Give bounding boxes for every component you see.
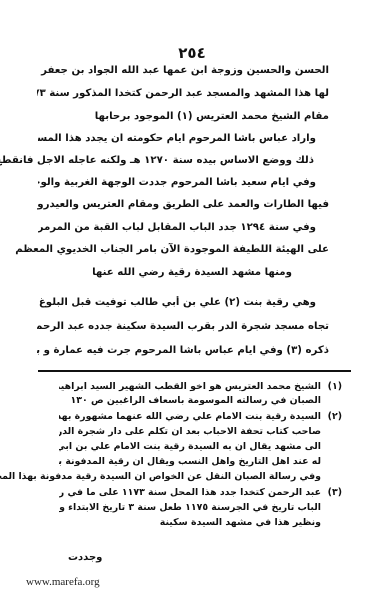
book-page: ٢٥٤ الحسن والحسين وزوجة ابن عمها عبد الل… [0, 0, 384, 600]
body-line: تجاه مسجد شجرة الدر بقرب السيدة سكينة جد… [37, 320, 329, 334]
footnote-line: ونظير هذا في مشهد السيدة سكينة [160, 517, 321, 529]
body-line: فيها الطارات والعمد على الطريق ومقام الع… [37, 198, 329, 212]
section-heading: ومنها مشهد السيدة رقية رضي الله عنها [0, 266, 384, 280]
footnote-line: الشيخ محمد العتريس هو اخو القطب الشهير ا… [59, 381, 321, 393]
source-url[interactable]: www.marefa.org [26, 576, 100, 588]
footnote-line: وفي رسالة الصبان النقل عن الخواص ان السي… [0, 471, 321, 483]
catchword: وجددت [68, 552, 102, 563]
footnote-line: الصبان في رسالته الموسومة باسعاف الراغبي… [71, 395, 321, 407]
footnote-line: عبد الرحمن كتخدا جدد هذا المحل سنة ١١٧٣ … [59, 487, 321, 499]
page-number: ٢٥٤ [0, 44, 384, 62]
footnote-line: الى مشهد يقال ان به السيدة رقية بنت الام… [59, 441, 321, 453]
footnote-marker: (٢) [322, 411, 342, 423]
footnote-line: السيدة رقية بنت الامام علي رضي الله عنهم… [59, 411, 321, 423]
footnote-line: صاحب كتاب تحفة الاحباب بعد ان تكلم على د… [59, 426, 321, 438]
body-line: لها هذا المشهد والمسجد عبد الرحمن كتخدا … [37, 87, 329, 101]
footnote-line: الباب تاريخ في الجرسنة ١١٧٥ طعل سنة ٣ تا… [59, 502, 321, 514]
body-line: ذلك ووضع الاساس بيده سنة ١٢٧٠ هـ ولكنه ع… [0, 154, 314, 168]
footnote-line: له عند اهل التاريخ واهل النسب ويقال ان ر… [59, 456, 321, 468]
body-line: وهي رقية بنت (٢) علي بن أبي طالب توفيت ق… [38, 296, 316, 310]
body-line: الحسن والحسين وزوجة ابن عمها عبد الله ال… [37, 64, 329, 78]
body-line: ذكره (٣) وفي ايام عباس باشا المرحوم جرت … [37, 344, 329, 358]
body-line: واراد عباس باشا المرحوم ايام حكومته ان ي… [38, 132, 316, 146]
body-line: على الهيئة اللطيفة الموجودة الآن بامر ال… [15, 243, 329, 257]
body-line: وفي سنة ١٢٩٤ جدد الباب المقابل لباب القب… [38, 221, 316, 235]
body-line: وفي ايام سعيد باشا المرحوم جددت الوجهة ا… [38, 176, 316, 190]
footnote-divider [38, 370, 351, 372]
footnote-marker: (٣) [322, 487, 342, 499]
body-line: مقام الشيخ محمد العتريس (١) الموجود برحا… [95, 110, 329, 124]
footnote-marker: (١) [322, 381, 342, 393]
